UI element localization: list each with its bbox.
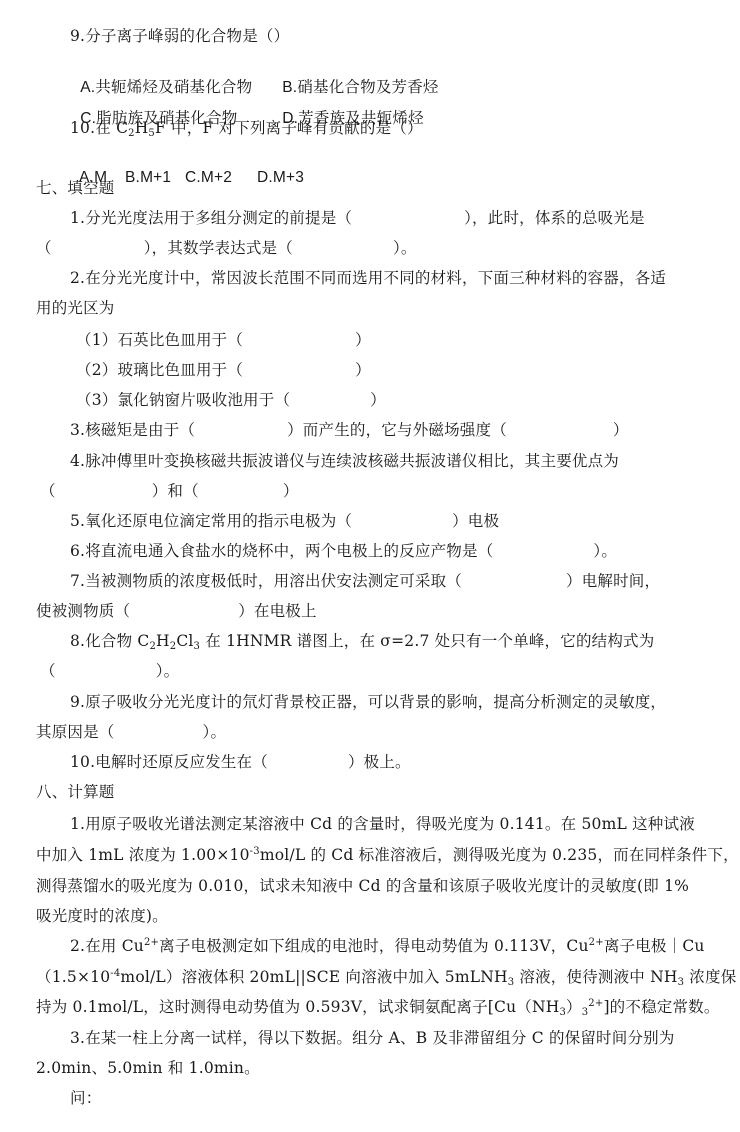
s7-q9-line1: 9.原子吸收分光光度计的氘灯背景校正器，可以背景的影响，提高分析测定的灵敏度， (70, 692, 666, 712)
text: ）。 (593, 542, 617, 560)
s7-q4-line2: （）和（） (40, 481, 299, 501)
text: 使被测物质（ (36, 602, 130, 620)
text: Cl (176, 632, 193, 650)
text: mol/L）溶液体积 20mL||SCE 向溶液中加入 5mLNH (120, 968, 507, 986)
text: 中加入 1mL 浓度为 1.00×10 (36, 846, 250, 864)
q10-stem: 10.在 C2H5F 中，F 对下列离子峰有贡献的是（） (70, 118, 423, 138)
s7-q2-sub2: （2）玻璃比色皿用于（） (76, 360, 371, 380)
s8-q2-line2: （1.5×10-4mol/L）溶液体积 20mL||SCE 向溶液中加入 5mL… (36, 967, 736, 987)
q10-stem-mid: H (135, 119, 149, 137)
text: （ (40, 482, 56, 500)
text: 5.氧化还原电位滴定常用的指示电极为（ (70, 512, 352, 530)
q10-option-d: D.M+3 (257, 168, 304, 188)
text: 2.在用 Cu (70, 937, 144, 955)
text: 10.电解时还原反应发生在（ (70, 753, 268, 771)
text: 6.将直流电通入食盐水的烧杯中，两个电极上的反应产物是（ (70, 542, 493, 560)
text: ]的不稳定常数。 (603, 998, 719, 1016)
s7-q10: 10.电解时还原反应发生在（）极上。 (70, 752, 411, 772)
s8-q1-line2: 中加入 1mL 浓度为 1.00×10-3mol/L 的 Cd 标准溶液后，测得… (36, 845, 739, 865)
s7-q1-line2: （），其数学表达式是（）。 (36, 238, 417, 258)
option-text: M+1 (140, 169, 171, 186)
q10-stem-prefix: 10.在 C (70, 119, 128, 137)
text: ）而产生的，它与外磁场强度（ (287, 421, 507, 439)
s8-q3-line1: 3.在某一柱上分离一试样，得以下数据。组分 A、B 及非滞留组分 C 的保留时间… (70, 1028, 675, 1048)
text: ） (613, 421, 629, 439)
text: 8.化合物 C (70, 632, 149, 650)
text: mol/L 的 Cd 标准溶液后，测得吸光度为 0.235，而在同样条件下， (260, 846, 739, 864)
superscript: 2+ (589, 937, 604, 948)
text: （1.5×10 (36, 968, 110, 986)
s7-q3: 3.核磁矩是由于（）而产生的，它与外磁场强度（） (70, 420, 629, 440)
option-text: M+2 (201, 169, 232, 186)
q9-stem: 9.分子离子峰弱的化合物是（） (70, 26, 289, 46)
text: （ (40, 662, 56, 680)
text: ）电解时间， (566, 572, 660, 590)
s7-q5: 5.氧化还原电位滴定常用的指示电极为（）电极 (70, 511, 499, 531)
s7-q9-line2: 其原因是（）。 (36, 722, 226, 742)
text: 其原因是（ (36, 723, 115, 741)
s7-q2-line1: 2.在分光光度计中，常因波长范围不同而选用不同的材料，下面三种材料的容器，各适 (70, 268, 666, 288)
text: ） (355, 361, 371, 379)
text: 在 1HNMR 谱图上，在 σ=2.7 处只有一个单峰，它的结构式为 (200, 632, 654, 650)
text: 3.核磁矩是由于（ (70, 421, 195, 439)
text: （ (36, 239, 52, 257)
text: ）电极 (452, 512, 499, 530)
text: ）。 (393, 239, 417, 257)
text: ），其数学表达式是（ (144, 239, 293, 257)
superscript: 2+ (588, 998, 603, 1009)
option-text: M+3 (273, 169, 304, 186)
superscript: -4 (110, 968, 120, 979)
s8-q2-line3: 持为 0.1mol/L，这时测得电动势值为 0.593V，试求铜氨配离子[Cu（… (36, 997, 720, 1017)
text: H (156, 632, 170, 650)
section-8-title: 八、计算题 (36, 782, 115, 802)
s7-q1-line1: 1.分光光度法用于多组分测定的前提是（），此时，体系的总吸光是 (70, 208, 645, 228)
text: 7.当被测物质的浓度极低时，用溶出伏安法测定可采取（ (70, 572, 462, 590)
s7-q7-line1: 7.当被测物质的浓度极低时，用溶出伏安法测定可采取（）电解时间， (70, 571, 660, 591)
s7-q8-line2: （）。 (40, 661, 179, 681)
superscript: 2+ (144, 937, 159, 948)
superscript: -3 (250, 846, 260, 857)
s7-q2-sub3: （3）氯化钠窗片吸收池用于（） (76, 390, 386, 410)
option-label: B. (125, 169, 140, 186)
option-label: D. (257, 169, 273, 186)
text: 1.分光光度法用于多组分测定的前提是（ (70, 209, 352, 227)
text: ），此时，体系的总吸光是 (464, 209, 645, 227)
q10-option-b: B.M+1 (125, 168, 185, 188)
q10-stem-suffix: F 中，F 对下列离子峰有贡献的是（） (155, 119, 423, 137)
s8-q1-line1: 1.用原子吸收光谱法测定某溶液中 Cd 的含量时，得吸光度为 0.141。在 5… (70, 814, 695, 834)
text: ） (566, 998, 582, 1016)
text: 离子电极｜Cu (604, 937, 705, 955)
text: 离子电极测定如下组成的电池时，得电动势值为 0.113V，Cu (159, 937, 589, 955)
s7-q2-line2: 用的光区为 (36, 298, 115, 318)
text: ）。 (156, 662, 180, 680)
section-7-title: 七、填空题 (36, 178, 115, 198)
s7-q6: 6.将直流电通入食盐水的烧杯中，两个电极上的反应产物是（）。 (70, 541, 617, 561)
text: ）在电极上 (238, 602, 317, 620)
s7-q2-sub1: （1）石英比色皿用于（） (76, 330, 371, 350)
text: （2）玻璃比色皿用于（ (76, 361, 243, 379)
text: 浓度保 (684, 968, 736, 986)
s7-q8-line1: 8.化合物 C2H2Cl3 在 1HNMR 谱图上，在 σ=2.7 处只有一个单… (70, 631, 654, 651)
option-label: C. (185, 169, 201, 186)
text: 溶液，使待测液中 NH (514, 968, 677, 986)
text: （1）石英比色皿用于（ (76, 331, 243, 349)
s7-q4-line1: 4.脉冲傅里叶变换核磁共振波谱仪与连续波核磁共振波谱仪相比，其主要优点为 (70, 451, 619, 471)
text: ） (355, 331, 371, 349)
s8-q1-line4: 吸光度时的浓度)。 (36, 906, 168, 926)
s7-q7-line2: 使被测物质（）在电极上 (36, 601, 317, 621)
s8-q3-line3: 问： (70, 1088, 101, 1108)
s8-q3-line2: 2.0min、5.0min 和 1.0min。 (36, 1058, 260, 1078)
text: ）。 (203, 723, 227, 741)
q10-option-c: C.M+2 (185, 168, 257, 188)
s8-q2-line1: 2.在用 Cu2+离子电极测定如下组成的电池时，得电动势值为 0.113V，Cu… (70, 936, 705, 956)
s8-q1-line3: 测得蒸馏水的吸光度为 0.010，试求未知液中 Cd 的含量和该原子吸收光度计的… (36, 876, 689, 896)
text: 持为 0.1mol/L，这时测得电动势值为 0.593V，试求铜氨配离子[Cu（… (36, 998, 559, 1016)
text: ） (283, 482, 299, 500)
text: ） (370, 391, 386, 409)
text: （3）氯化钠窗片吸收池用于（ (76, 391, 290, 409)
text: ）和（ (152, 482, 199, 500)
text: ）极上。 (348, 753, 411, 771)
